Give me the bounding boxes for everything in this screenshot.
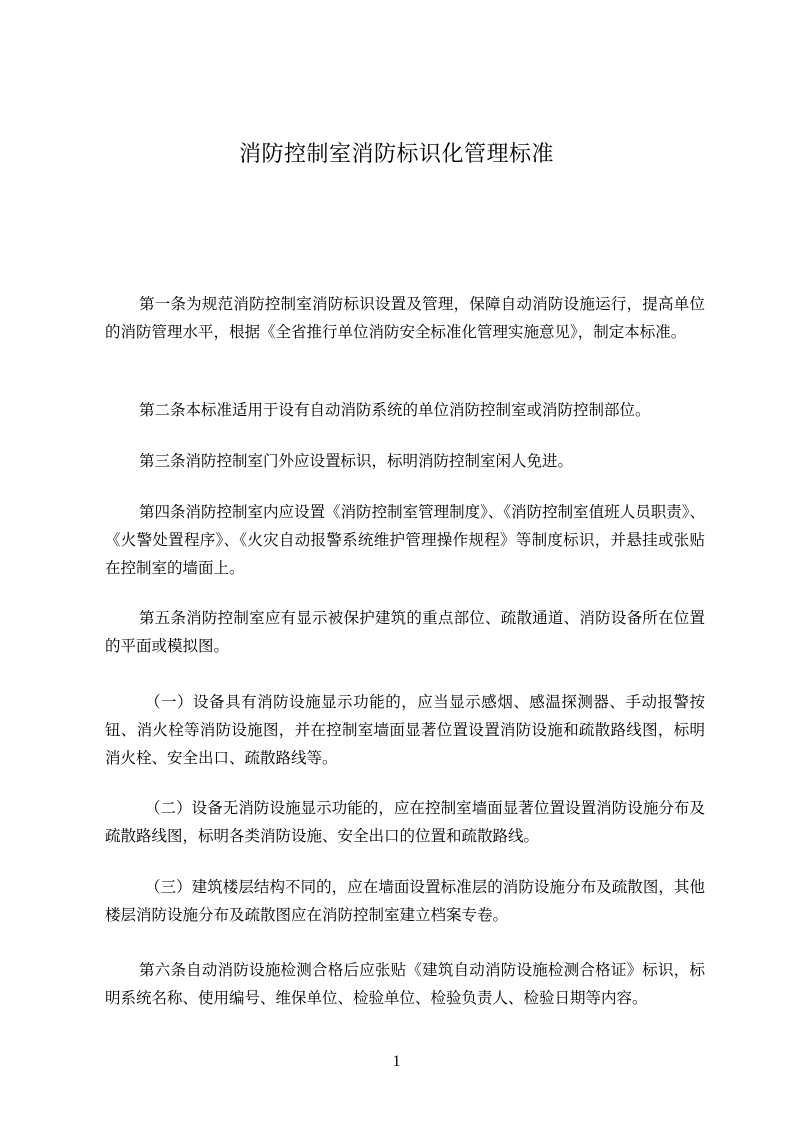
article-5-item-1-paragraph: （一）设备具有消防设施显示功能的，应当显示感烟、感温探测器、手动报警按钮、消火栓…	[105, 688, 705, 772]
article-5-item-3-paragraph: （三）建筑楼层结构不同的，应在墙面设置标准层的消防设施分布及疏散图，其他楼层消防…	[105, 873, 705, 929]
article-5-item-2-paragraph: （二）设备无消防设施显示功能的，应在控制室墙面显著位置设置消防设施分布及疏散路线…	[105, 794, 705, 850]
article-4-paragraph: 第四条消防控制室内应设置《消防控制室管理制度》、《消防控制室值班人员职责》、《火…	[105, 498, 705, 582]
article-2-paragraph: 第二条本标准适用于设有自动消防系统的单位消防控制室或消防控制部位。	[105, 396, 705, 424]
article-6-paragraph: 第六条自动消防设施检测合格后应张贴《建筑自动消防设施检测合格证》标识，标明系统名…	[105, 956, 705, 1012]
document-title: 消防控制室消防标识化管理标准	[0, 139, 793, 171]
article-1-paragraph: 第一条为规范消防控制室消防标识设置及管理，保障自动消防设施运行，提高单位的消防管…	[105, 290, 705, 346]
article-5-paragraph: 第五条消防控制室应有显示被保护建筑的重点部位、疏散通道、消防设备所在位置的平面或…	[105, 604, 705, 660]
article-3-paragraph: 第三条消防控制室门外应设置标识，标明消防控制室闲人免进。	[105, 447, 705, 475]
page-number: 1	[0, 1053, 793, 1071]
